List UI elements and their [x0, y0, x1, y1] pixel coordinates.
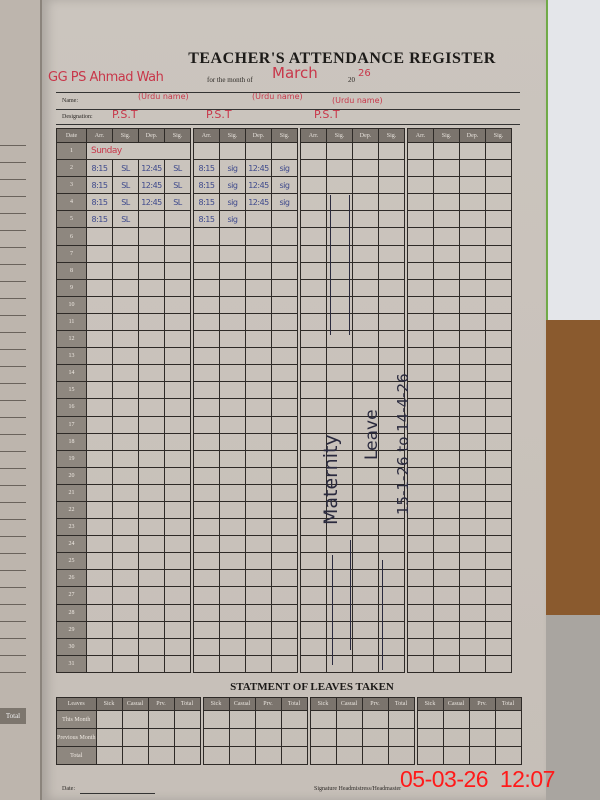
- table-row: 31: [57, 655, 512, 672]
- date-cell: 23: [57, 519, 87, 536]
- year-label: 20: [348, 76, 355, 84]
- attendance-cell: [113, 467, 139, 484]
- leave-note: Leave: [362, 409, 382, 460]
- table-row: 15: [57, 382, 512, 399]
- attendance-cell: 8:15: [194, 160, 220, 177]
- attendance-cell: [353, 519, 379, 536]
- attendance-cell: [139, 245, 165, 262]
- table-row: 16: [57, 399, 512, 416]
- attendance-cell: [434, 416, 460, 433]
- attendance-cell: [165, 587, 191, 604]
- attendance-cell: [460, 416, 486, 433]
- month-label: for the month of: [207, 76, 253, 84]
- attendance-cell: [220, 450, 246, 467]
- attendance-cell: [408, 638, 434, 655]
- attendance-cell: [87, 313, 113, 330]
- page-rule: [0, 230, 26, 231]
- attendance-grid: DateArr.Sig.Dep.Sig.Arr.Sig.Dep.Sig.Arr.…: [56, 128, 512, 673]
- attendance-cell: [165, 519, 191, 536]
- attendance-cell: [87, 331, 113, 348]
- attendance-cell: 8:15: [87, 160, 113, 177]
- column-header: Sig.: [434, 129, 460, 143]
- table-row: 1Sunday: [57, 143, 512, 160]
- attendance-cell: [486, 194, 512, 211]
- attendance-cell: [165, 399, 191, 416]
- attendance-cell: [353, 194, 379, 211]
- leaves-column-header: Casual: [229, 698, 255, 711]
- attendance-cell: 12:45: [246, 194, 272, 211]
- attendance-cell: [87, 279, 113, 296]
- attendance-cell: [408, 348, 434, 365]
- column-header: Arr.: [87, 129, 113, 143]
- attendance-cell: [194, 638, 220, 655]
- attendance-cell: [246, 211, 272, 228]
- attendance-cell: [486, 484, 512, 501]
- attendance-cell: [434, 450, 460, 467]
- school-name: GG PS Ahmad Wah: [48, 70, 163, 85]
- attendance-cell: 8:15: [87, 194, 113, 211]
- attendance-cell: [434, 348, 460, 365]
- attendance-cell: [379, 313, 405, 330]
- attendance-cell: [246, 638, 272, 655]
- leaves-cell: [255, 711, 281, 729]
- attendance-cell: [220, 587, 246, 604]
- attendance-cell: [486, 416, 512, 433]
- attendance-cell: [113, 279, 139, 296]
- attendance-cell: [486, 570, 512, 587]
- attendance-cell: [139, 501, 165, 518]
- table-row: 26: [57, 570, 512, 587]
- table-row: 38:15SL12:45SL8:15sig12:45sig: [57, 177, 512, 194]
- attendance-cell: [220, 399, 246, 416]
- attendance-cell: [301, 143, 327, 160]
- attendance-cell: [272, 484, 298, 501]
- maternity-note: Maternity: [320, 434, 342, 525]
- attendance-cell: [301, 177, 327, 194]
- attendance-cell: [139, 331, 165, 348]
- attendance-cell: [486, 313, 512, 330]
- attendance-cell: [408, 621, 434, 638]
- attendance-cell: [165, 501, 191, 518]
- attendance-cell: [220, 433, 246, 450]
- attendance-cell: [379, 177, 405, 194]
- attendance-cell: [486, 519, 512, 536]
- teacher-1-designation: P.S.T: [112, 108, 138, 121]
- attendance-cell: [220, 279, 246, 296]
- attendance-cell: [87, 604, 113, 621]
- attendance-cell: [113, 245, 139, 262]
- attendance-cell: [87, 450, 113, 467]
- attendance-cell: [301, 536, 327, 553]
- leaves-header-row: LeavesSickCasualPrv.TotalSickCasualPrv.T…: [57, 698, 522, 711]
- attendance-cell: [165, 638, 191, 655]
- attendance-cell: [139, 313, 165, 330]
- page-rule: [0, 451, 26, 452]
- attendance-cell: [486, 536, 512, 553]
- leaves-row: This Month: [57, 711, 522, 729]
- strike-line: [332, 555, 333, 665]
- leaves-cell: [469, 711, 495, 729]
- attendance-cell: [246, 279, 272, 296]
- date-cell: 1: [57, 143, 87, 160]
- attendance-cell: [139, 604, 165, 621]
- leaves-cell: [96, 711, 122, 729]
- attendance-cell: [460, 553, 486, 570]
- attendance-cell: [434, 553, 460, 570]
- attendance-cell: [220, 382, 246, 399]
- date-cell: 7: [57, 245, 87, 262]
- attendance-cell: SL: [165, 194, 191, 211]
- attendance-cell: [113, 313, 139, 330]
- column-header: Dep.: [139, 129, 165, 143]
- attendance-cell: [301, 587, 327, 604]
- attendance-cell: [165, 570, 191, 587]
- attendance-cell: [87, 348, 113, 365]
- attendance-cell: [301, 211, 327, 228]
- column-header: Sig.: [272, 129, 298, 143]
- attendance-cell: [139, 553, 165, 570]
- attendance-cell: [434, 655, 460, 672]
- page-rule: [0, 604, 26, 605]
- attendance-cell: [379, 228, 405, 245]
- attendance-cell: [434, 501, 460, 518]
- leaves-column-header: Casual: [336, 698, 362, 711]
- attendance-cell: [353, 638, 379, 655]
- attendance-cell: [139, 211, 165, 228]
- page-rule: [0, 247, 26, 248]
- table-row: 30: [57, 638, 512, 655]
- leaves-cell: [122, 747, 148, 765]
- attendance-cell: [139, 621, 165, 638]
- leaves-cell: [443, 711, 469, 729]
- attendance-cell: [165, 262, 191, 279]
- leaves-cell: [443, 747, 469, 765]
- attendance-cell: [113, 348, 139, 365]
- leaves-cell: [362, 711, 388, 729]
- page-rule: [0, 485, 26, 486]
- attendance-cell: [113, 262, 139, 279]
- page-rule: [0, 145, 26, 146]
- attendance-cell: [486, 501, 512, 518]
- attendance-cell: SL: [113, 211, 139, 228]
- attendance-cell: [434, 604, 460, 621]
- attendance-cell: [486, 245, 512, 262]
- date-cell: 14: [57, 365, 87, 382]
- attendance-cell: [434, 160, 460, 177]
- attendance-cell: [301, 638, 327, 655]
- attendance-cell: [246, 416, 272, 433]
- attendance-cell: [434, 279, 460, 296]
- attendance-cell: 12:45: [139, 160, 165, 177]
- attendance-cell: [272, 279, 298, 296]
- attendance-cell: [486, 450, 512, 467]
- page-rule: [0, 383, 26, 384]
- attendance-cell: [460, 519, 486, 536]
- attendance-cell: [408, 160, 434, 177]
- attendance-cell: [408, 143, 434, 160]
- leaves-cell: [417, 711, 443, 729]
- attendance-cell: [301, 228, 327, 245]
- attendance-cell: [327, 160, 353, 177]
- attendance-cell: [272, 262, 298, 279]
- attendance-cell: [327, 570, 353, 587]
- page-rule: [0, 587, 26, 588]
- attendance-cell: [246, 604, 272, 621]
- date-cell: 30: [57, 638, 87, 655]
- attendance-cell: [486, 587, 512, 604]
- attendance-cell: [220, 638, 246, 655]
- leaves-cell: [281, 729, 307, 747]
- month-value: March: [272, 64, 318, 82]
- teacher-2-designation: P.S.T: [206, 108, 232, 121]
- attendance-cell: [353, 484, 379, 501]
- leaves-cell: [229, 711, 255, 729]
- attendance-cell: [165, 467, 191, 484]
- attendance-cell: [194, 382, 220, 399]
- attendance-cell: [87, 587, 113, 604]
- attendance-cell: [272, 621, 298, 638]
- attendance-cell: [272, 433, 298, 450]
- left-facing-page: Total: [0, 0, 42, 800]
- attendance-cell: [194, 262, 220, 279]
- attendance-cell: [246, 262, 272, 279]
- attendance-cell: [460, 467, 486, 484]
- leaves-row-label: Total: [57, 747, 97, 765]
- attendance-cell: [460, 279, 486, 296]
- attendance-cell: [460, 536, 486, 553]
- attendance-cell: [220, 228, 246, 245]
- attendance-cell: [486, 433, 512, 450]
- teacher-2-name: (Urdu name): [252, 92, 303, 101]
- attendance-cell: [113, 433, 139, 450]
- attendance-cell: [486, 467, 512, 484]
- attendance-cell: [434, 484, 460, 501]
- leaves-cell: [229, 729, 255, 747]
- column-header: Sig.: [113, 129, 139, 143]
- name-label: Name:: [62, 98, 78, 104]
- attendance-cell: [486, 211, 512, 228]
- attendance-cell: [194, 655, 220, 672]
- attendance-cell: [194, 570, 220, 587]
- attendance-cell: [408, 211, 434, 228]
- leaves-cell: [336, 711, 362, 729]
- attendance-cell: [301, 365, 327, 382]
- attendance-cell: 12:45: [246, 177, 272, 194]
- attendance-cell: [301, 245, 327, 262]
- attendance-cell: [460, 160, 486, 177]
- attendance-cell: [327, 416, 353, 433]
- strike-line: [382, 560, 383, 670]
- attendance-cell: [408, 313, 434, 330]
- leaves-cell: [148, 729, 174, 747]
- attendance-cell: [165, 655, 191, 672]
- attendance-cell: [113, 450, 139, 467]
- page-rule: [0, 213, 26, 214]
- attendance-cell: [272, 501, 298, 518]
- attendance-cell: [220, 365, 246, 382]
- attendance-cell: [194, 450, 220, 467]
- attendance-cell: [379, 194, 405, 211]
- attendance-cell: [301, 570, 327, 587]
- date-cell: 15: [57, 382, 87, 399]
- date-line: [80, 793, 155, 794]
- date-cell: 19: [57, 450, 87, 467]
- column-header: Sig.: [327, 129, 353, 143]
- attendance-cell: [434, 621, 460, 638]
- page-rule: [0, 162, 26, 163]
- attendance-cell: 12:45: [139, 194, 165, 211]
- leaves-cell: [203, 747, 229, 765]
- attendance-cell: [460, 655, 486, 672]
- page-rule: [0, 332, 26, 333]
- attendance-cell: [220, 519, 246, 536]
- attendance-cell: [353, 587, 379, 604]
- page-rule: [0, 655, 26, 656]
- attendance-cell: [220, 296, 246, 313]
- attendance-cell: [408, 331, 434, 348]
- attendance-cell: [379, 519, 405, 536]
- column-header: Arr.: [194, 129, 220, 143]
- attendance-cell: [327, 621, 353, 638]
- page-rule: [0, 349, 26, 350]
- attendance-cell: [165, 484, 191, 501]
- date-cell: 2: [57, 160, 87, 177]
- date-cell: 11: [57, 313, 87, 330]
- attendance-cell: [220, 655, 246, 672]
- page-rule: [0, 366, 26, 367]
- attendance-cell: [434, 245, 460, 262]
- attendance-cell: [246, 296, 272, 313]
- attendance-cell: [139, 433, 165, 450]
- table-row: 13: [57, 348, 512, 365]
- photo-timestamp: 05-03-26 12:07: [400, 766, 555, 793]
- attendance-cell: [194, 365, 220, 382]
- attendance-cell: [301, 382, 327, 399]
- leaves-cell: [469, 729, 495, 747]
- page-title: TEACHER'S ATTENDANCE REGISTER: [162, 50, 522, 68]
- column-header: Sig.: [220, 129, 246, 143]
- attendance-cell: [486, 228, 512, 245]
- leaves-cell: [443, 729, 469, 747]
- attendance-cell: [353, 245, 379, 262]
- page-rule: [0, 621, 26, 622]
- table-row: 28: [57, 604, 512, 621]
- attendance-cell: [272, 211, 298, 228]
- date-cell: 3: [57, 177, 87, 194]
- table-row: 23: [57, 519, 512, 536]
- attendance-cell: [139, 450, 165, 467]
- attendance-cell: [460, 399, 486, 416]
- attendance-cell: [272, 228, 298, 245]
- attendance-cell: [113, 604, 139, 621]
- attendance-cell: [408, 604, 434, 621]
- column-header: Sig.: [165, 129, 191, 143]
- attendance-cell: [246, 228, 272, 245]
- page-rule: [0, 264, 26, 265]
- holiday-note: Sunday: [87, 143, 191, 160]
- attendance-cell: [272, 570, 298, 587]
- attendance-cell: [139, 228, 165, 245]
- attendance-cell: [113, 570, 139, 587]
- attendance-cell: [139, 296, 165, 313]
- attendance-cell: [486, 348, 512, 365]
- attendance-cell: [165, 331, 191, 348]
- attendance-cell: [220, 484, 246, 501]
- attendance-cell: [486, 638, 512, 655]
- attendance-cell: [220, 416, 246, 433]
- attendance-cell: [460, 296, 486, 313]
- attendance-cell: [353, 570, 379, 587]
- leaves-cell: [495, 711, 521, 729]
- attendance-cell: [327, 348, 353, 365]
- attendance-cell: [434, 313, 460, 330]
- date-cell: 25: [57, 553, 87, 570]
- teacher-3-designation: P.S.T: [314, 108, 340, 121]
- attendance-cell: [486, 143, 512, 160]
- page-rule: [0, 179, 26, 180]
- attendance-cell: sig: [272, 177, 298, 194]
- page-rule: [0, 553, 26, 554]
- attendance-cell: [165, 621, 191, 638]
- table-row: 10: [57, 296, 512, 313]
- attendance-cell: [87, 399, 113, 416]
- attendance-cell: [165, 228, 191, 245]
- attendance-cell: [460, 262, 486, 279]
- attendance-cell: sig: [220, 194, 246, 211]
- date-cell: 13: [57, 348, 87, 365]
- page-rule: [0, 672, 26, 673]
- attendance-cell: [301, 604, 327, 621]
- table-row: 21: [57, 484, 512, 501]
- attendance-cell: [220, 621, 246, 638]
- leaves-row-header: Leaves: [57, 698, 97, 711]
- attendance-cell: [379, 279, 405, 296]
- column-header: Dep.: [246, 129, 272, 143]
- attendance-cell: [139, 348, 165, 365]
- attendance-cell: [139, 536, 165, 553]
- attendance-cell: [434, 638, 460, 655]
- attendance-cell: [327, 604, 353, 621]
- attendance-cell: [301, 262, 327, 279]
- attendance-cell: [486, 160, 512, 177]
- date-cell: 8: [57, 262, 87, 279]
- attendance-cell: [486, 279, 512, 296]
- attendance-table: DateArr.Sig.Dep.Sig.Arr.Sig.Dep.Sig.Arr.…: [56, 128, 512, 673]
- table-row: 58:15SL8:15sig: [57, 211, 512, 228]
- table-row: 22: [57, 501, 512, 518]
- column-header: Dep.: [353, 129, 379, 143]
- attendance-cell: [408, 519, 434, 536]
- attendance-cell: [434, 365, 460, 382]
- attendance-cell: [353, 604, 379, 621]
- attendance-cell: [301, 348, 327, 365]
- attendance-cell: [194, 587, 220, 604]
- attendance-cell: [87, 553, 113, 570]
- attendance-cell: [272, 416, 298, 433]
- attendance-cell: [246, 143, 272, 160]
- page-rule: [0, 638, 26, 639]
- page-rule: [0, 468, 26, 469]
- attendance-cell: [87, 501, 113, 518]
- leaves-cell: [310, 747, 336, 765]
- attendance-cell: [220, 570, 246, 587]
- page-rule: [0, 196, 26, 197]
- attendance-cell: [246, 313, 272, 330]
- attendance-cell: [353, 621, 379, 638]
- date-cell: 20: [57, 467, 87, 484]
- date-cell: 18: [57, 433, 87, 450]
- leaves-column-header: Prv.: [362, 698, 388, 711]
